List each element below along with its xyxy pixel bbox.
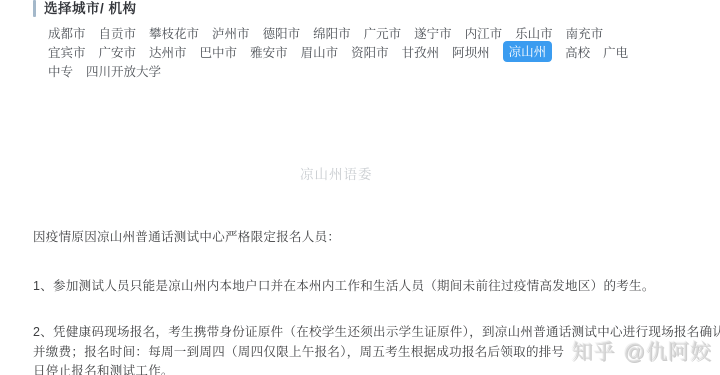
city-item-sichuan-open-university[interactable]: 四川开放大学 <box>86 62 161 80</box>
city-item-ziyang[interactable]: 资阳市 <box>351 43 389 61</box>
city-item-dazhou[interactable]: 达州市 <box>149 43 187 61</box>
city-item-zigong[interactable]: 自贡市 <box>99 24 137 42</box>
city-list: 成都市 自贡市 攀枝花市 泸州市 德阳市 绵阳市 广元市 遂宁市 内江市 乐山市… <box>48 23 648 80</box>
city-row-3: 中专 四川开放大学 <box>48 61 648 80</box>
city-row-1: 成都市 自贡市 攀枝花市 泸州市 德阳市 绵阳市 广元市 遂宁市 内江市 乐山市… <box>48 23 648 42</box>
city-item-liangshan-selected[interactable]: 凉山州 <box>503 41 553 62</box>
city-item-neijiang[interactable]: 内江市 <box>465 24 503 42</box>
notice-intro: 因疫情原因凉山州普通话测试中心严格限定报名人员： <box>33 227 340 245</box>
zhihu-watermark: 知乎@仇阿姣 <box>572 336 712 366</box>
zhihu-logo-text: 知乎 <box>572 341 616 364</box>
watermark-username: @仇阿姣 <box>624 341 712 364</box>
city-item-chengdu[interactable]: 成都市 <box>48 24 86 42</box>
section-title: 选择城市/ 机构 <box>44 0 137 17</box>
city-item-leshan[interactable]: 乐山市 <box>515 24 553 42</box>
notice-item2-line2: 并缴费；报名时间：每周一到周四（周四仅限上午报名），周五考生根据成功报名后领取的… <box>33 342 564 360</box>
section-header: 选择城市/ 机构 <box>33 0 137 17</box>
city-item-luzhou[interactable]: 泸州市 <box>212 24 250 42</box>
notice-item2-line3: 日停止报名和测试工作。 <box>33 361 174 375</box>
city-item-nanchong[interactable]: 南充市 <box>566 24 604 42</box>
city-item-panzhihua[interactable]: 攀枝花市 <box>149 24 199 42</box>
city-item-yibin[interactable]: 宜宾市 <box>48 43 86 61</box>
city-item-guangyuan[interactable]: 广元市 <box>364 24 402 42</box>
city-item-zhongzhuan[interactable]: 中专 <box>48 62 73 80</box>
faded-center-label: 凉山州语委 <box>300 163 373 183</box>
city-item-yaan[interactable]: 雅安市 <box>250 43 288 61</box>
city-item-deyang[interactable]: 德阳市 <box>263 24 301 42</box>
city-item-meishan[interactable]: 眉山市 <box>301 43 339 61</box>
city-item-aba[interactable]: 阿坝州 <box>452 43 490 61</box>
city-item-guangan[interactable]: 广安市 <box>99 43 137 61</box>
city-item-suining[interactable]: 遂宁市 <box>414 24 452 42</box>
city-row-2: 宜宾市 广安市 达州市 巴中市 雅安市 眉山市 资阳市 甘孜州 阿坝州 凉山州 … <box>48 42 648 61</box>
page: 选择城市/ 机构 成都市 自贡市 攀枝花市 泸州市 德阳市 绵阳市 广元市 遂宁… <box>0 0 720 375</box>
city-item-mianyang[interactable]: 绵阳市 <box>313 24 351 42</box>
accent-bar <box>33 0 36 17</box>
city-item-guangdian[interactable]: 广电 <box>603 43 628 61</box>
notice-item1: 1、参加测试人员只能是凉山州内本地户口并在本州内工作和生活人员（期间未前往过疫情… <box>33 276 655 294</box>
city-item-ganzi[interactable]: 甘孜州 <box>402 43 440 61</box>
city-item-bazhong[interactable]: 巴中市 <box>200 43 238 61</box>
city-item-gaoxiao[interactable]: 高校 <box>565 43 590 61</box>
